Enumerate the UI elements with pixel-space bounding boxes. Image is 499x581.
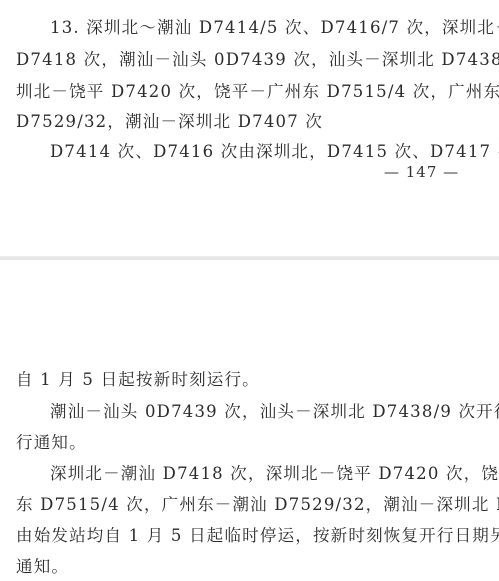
paragraph-line: 东 D7515/4 次，广州东－潮汕 D7529/32，潮汕－深圳北 D7407… [16, 495, 484, 515]
paragraph-line: 深圳北－潮汕 D7418 次，深圳北－饶平 D7420 次，饶平－广州 [50, 464, 484, 484]
page-number: — 147 — [384, 162, 459, 182]
paragraph-line: D7529/32，潮汕－深圳北 D7407 次 [16, 112, 484, 132]
document-page-top: 13. 深圳北～潮汕 D7414/5 次、D7416/7 次，深圳北－潮汕 D7… [0, 0, 499, 254]
paragraph-line: 潮汕－汕头 0D7439 次，汕头－深圳北 D7438/9 次开行日期另 [50, 402, 484, 422]
paragraph-line: 圳北－饶平 D7420 次，饶平－广州东 D7515/4 次，广州东－潮汕 [16, 82, 484, 102]
paragraph-line: D7418 次，潮汕－汕头 0D7439 次，汕头－深圳北 D7438/9 次，… [16, 50, 484, 70]
paragraph-line: 13. 深圳北～潮汕 D7414/5 次、D7416/7 次，深圳北－潮汕 [50, 18, 484, 38]
page-separator [0, 256, 499, 260]
paragraph-line: D7414 次、D7416 次由深圳北，D7415 次、D7417 次由潮汕均 [50, 142, 484, 162]
document-page-bottom: 自 1 月 5 日起按新时刻运行。 潮汕－汕头 0D7439 次，汕头－深圳北 … [0, 262, 499, 581]
paragraph-line: 通知。 [16, 557, 484, 577]
paragraph-line: 自 1 月 5 日起按新时刻运行。 [16, 370, 484, 390]
paragraph-line: 由始发站均自 1 月 5 日起临时停运，按新时刻恢复开行日期另行 [16, 526, 484, 546]
paragraph-line: 行通知。 [16, 433, 484, 453]
